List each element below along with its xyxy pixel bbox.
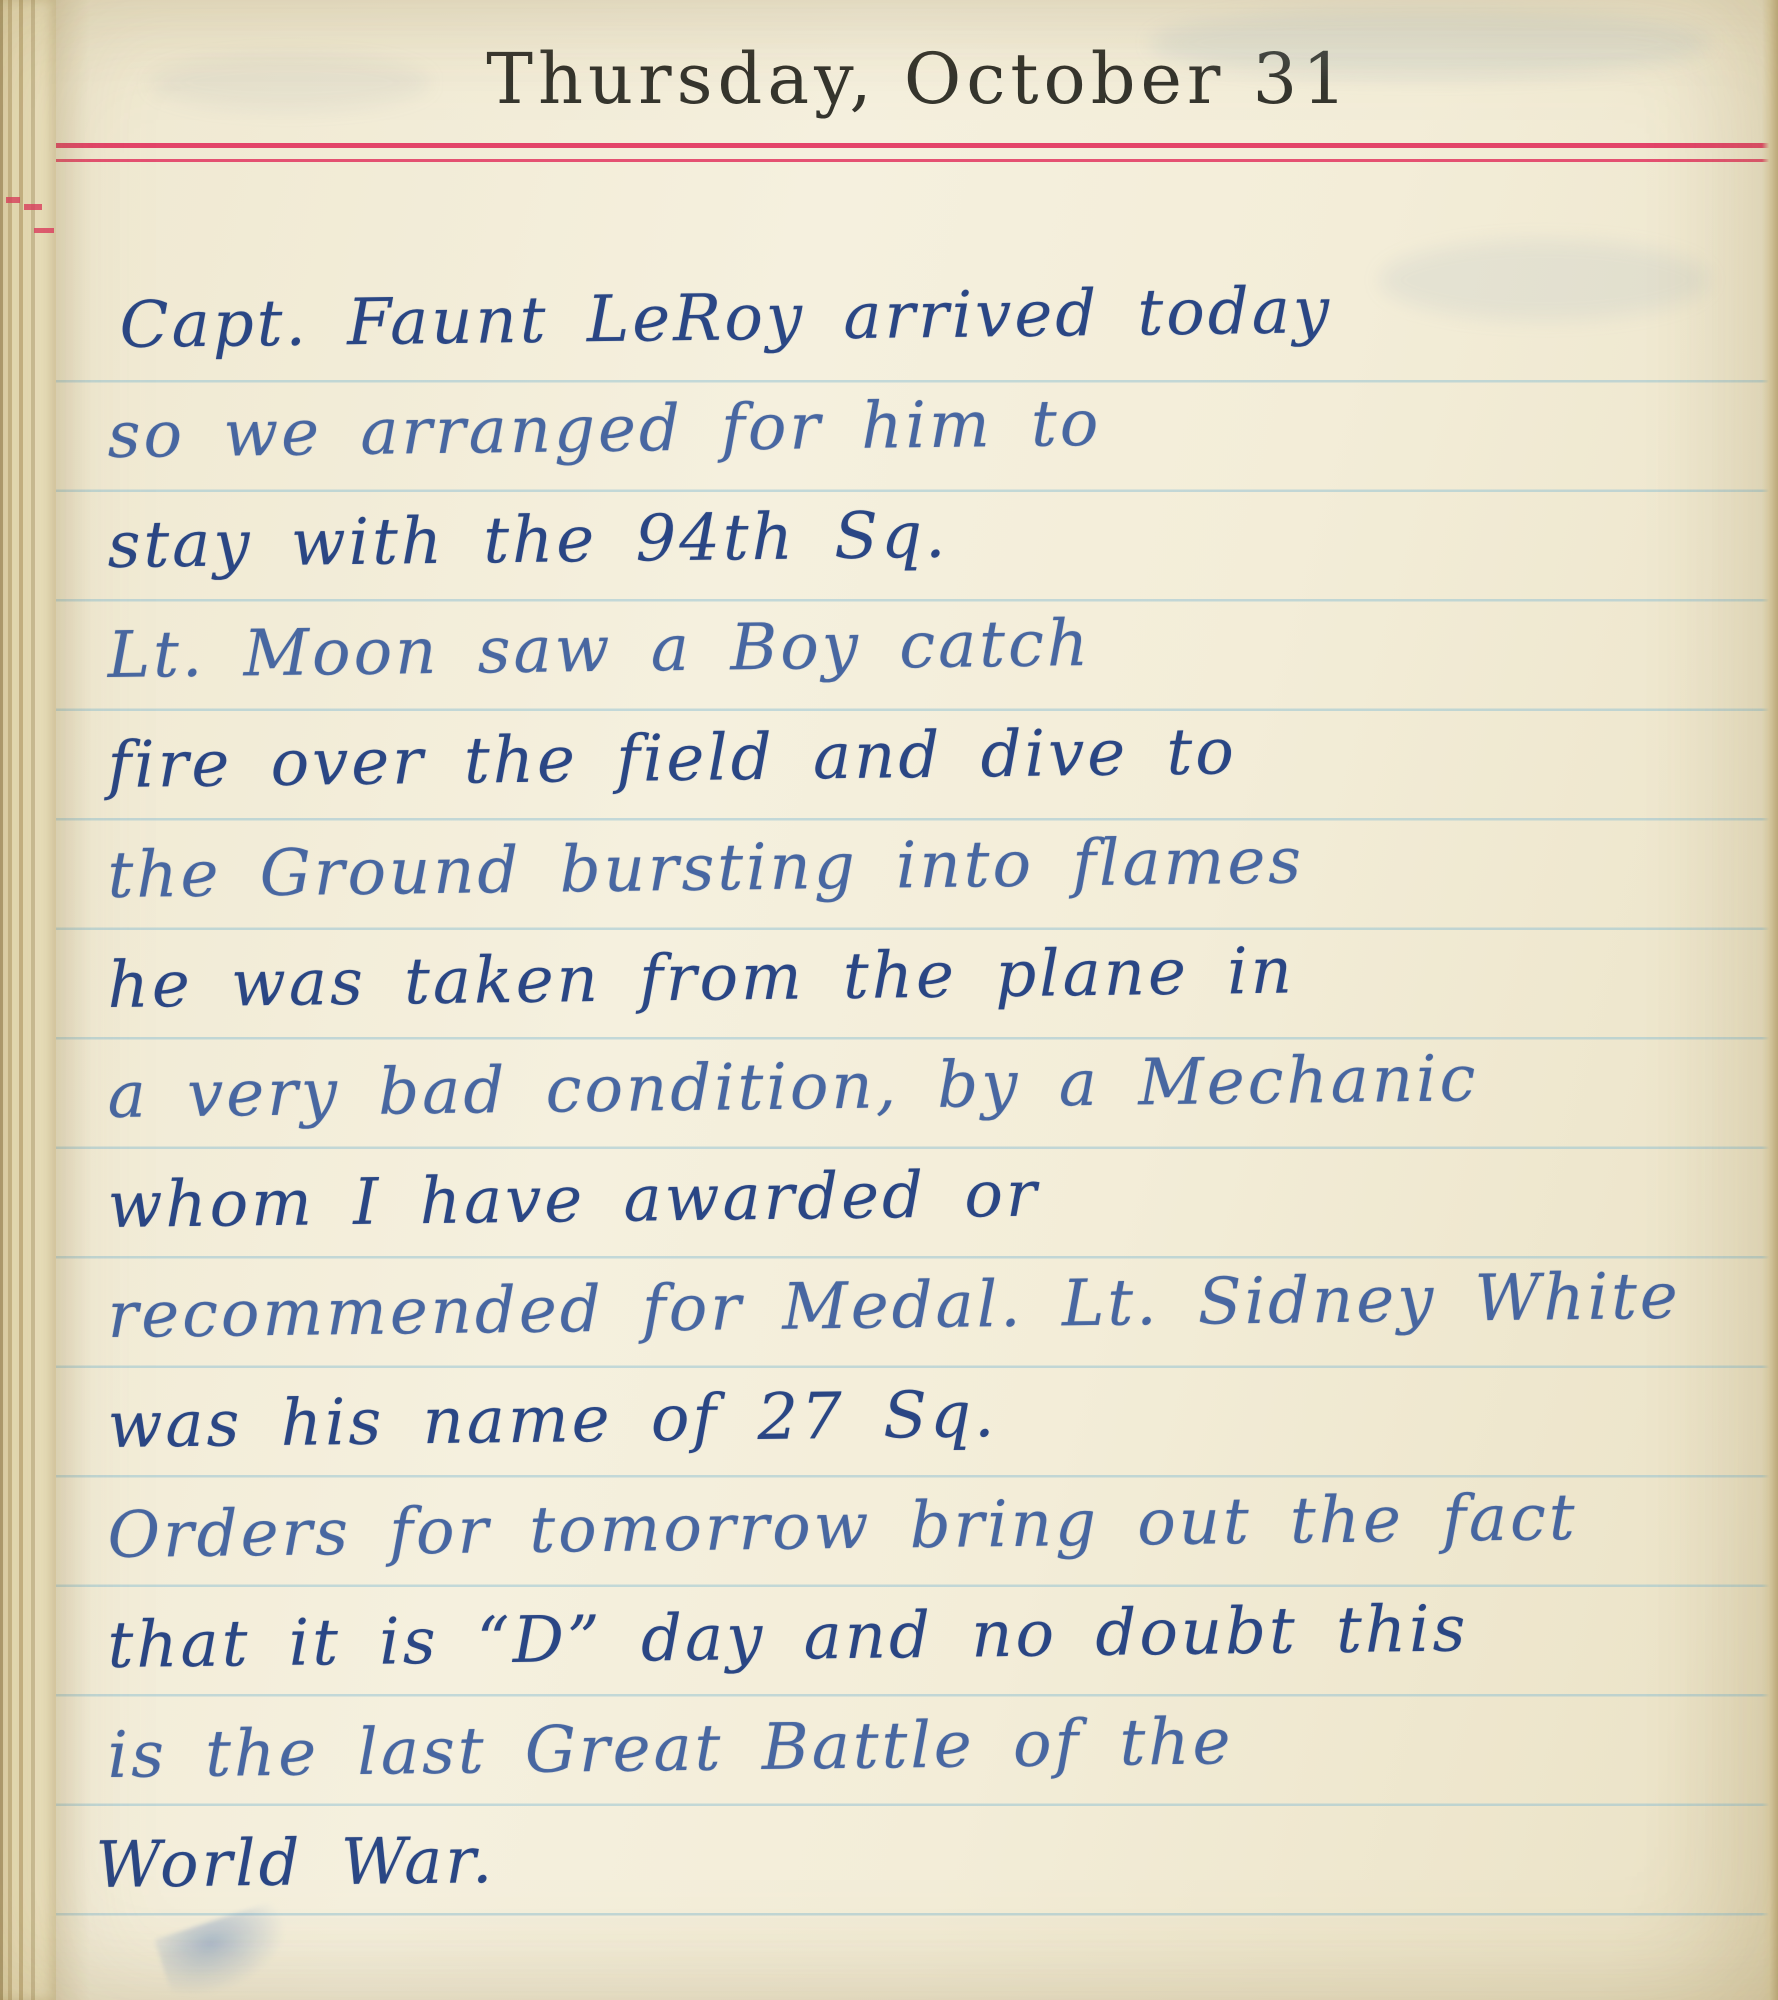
handwritten-line-12: Orders for tomorrow bring out the fact [107,1486,1578,1568]
underpage-red-rule-mark [34,228,54,233]
diary-page-scan: Thursday, October 31 Capt. Faunt LeRoy a… [0,0,1778,2000]
underpage-red-rule-mark [24,204,42,210]
handwritten-line-11: was his name of 27 Sq. [107,1383,997,1458]
handwritten-line-6: the Ground bursting into flames [107,829,1304,908]
underpage-red-rule-mark [6,197,20,203]
handwritten-line-3: stay with the 94th Sq. [107,504,949,578]
handwritten-line-2: so we arranged for him to [107,392,1101,468]
handwritten-line-15: World War. [95,1829,495,1898]
handwritten-line-14: is the last Great Battle of the [107,1710,1234,1788]
handwritten-line-10: recommended for Medal. Lt. Sidney White [107,1265,1681,1348]
book-binding-edge [0,0,56,2000]
handwritten-line-5: fire over the field and dive to [107,720,1237,798]
handwritten-line-8: a very bad condition, by a Mechanic [107,1047,1479,1128]
handwritten-line-13: that it is “D” day and no doubt this [107,1597,1469,1678]
handwritten-line-7: he was taken from the plane in [107,939,1295,1018]
diary-entry-text: Capt. Faunt LeRoy arrived todayso we arr… [0,0,1778,2000]
page-right-edge [1762,0,1778,2000]
handwritten-line-9: whom I have awarded or [107,1163,1040,1238]
handwritten-line-1: Capt. Faunt LeRoy arrived today [119,279,1332,358]
handwritten-line-4: Lt. Moon saw a Boy catch [107,612,1091,688]
